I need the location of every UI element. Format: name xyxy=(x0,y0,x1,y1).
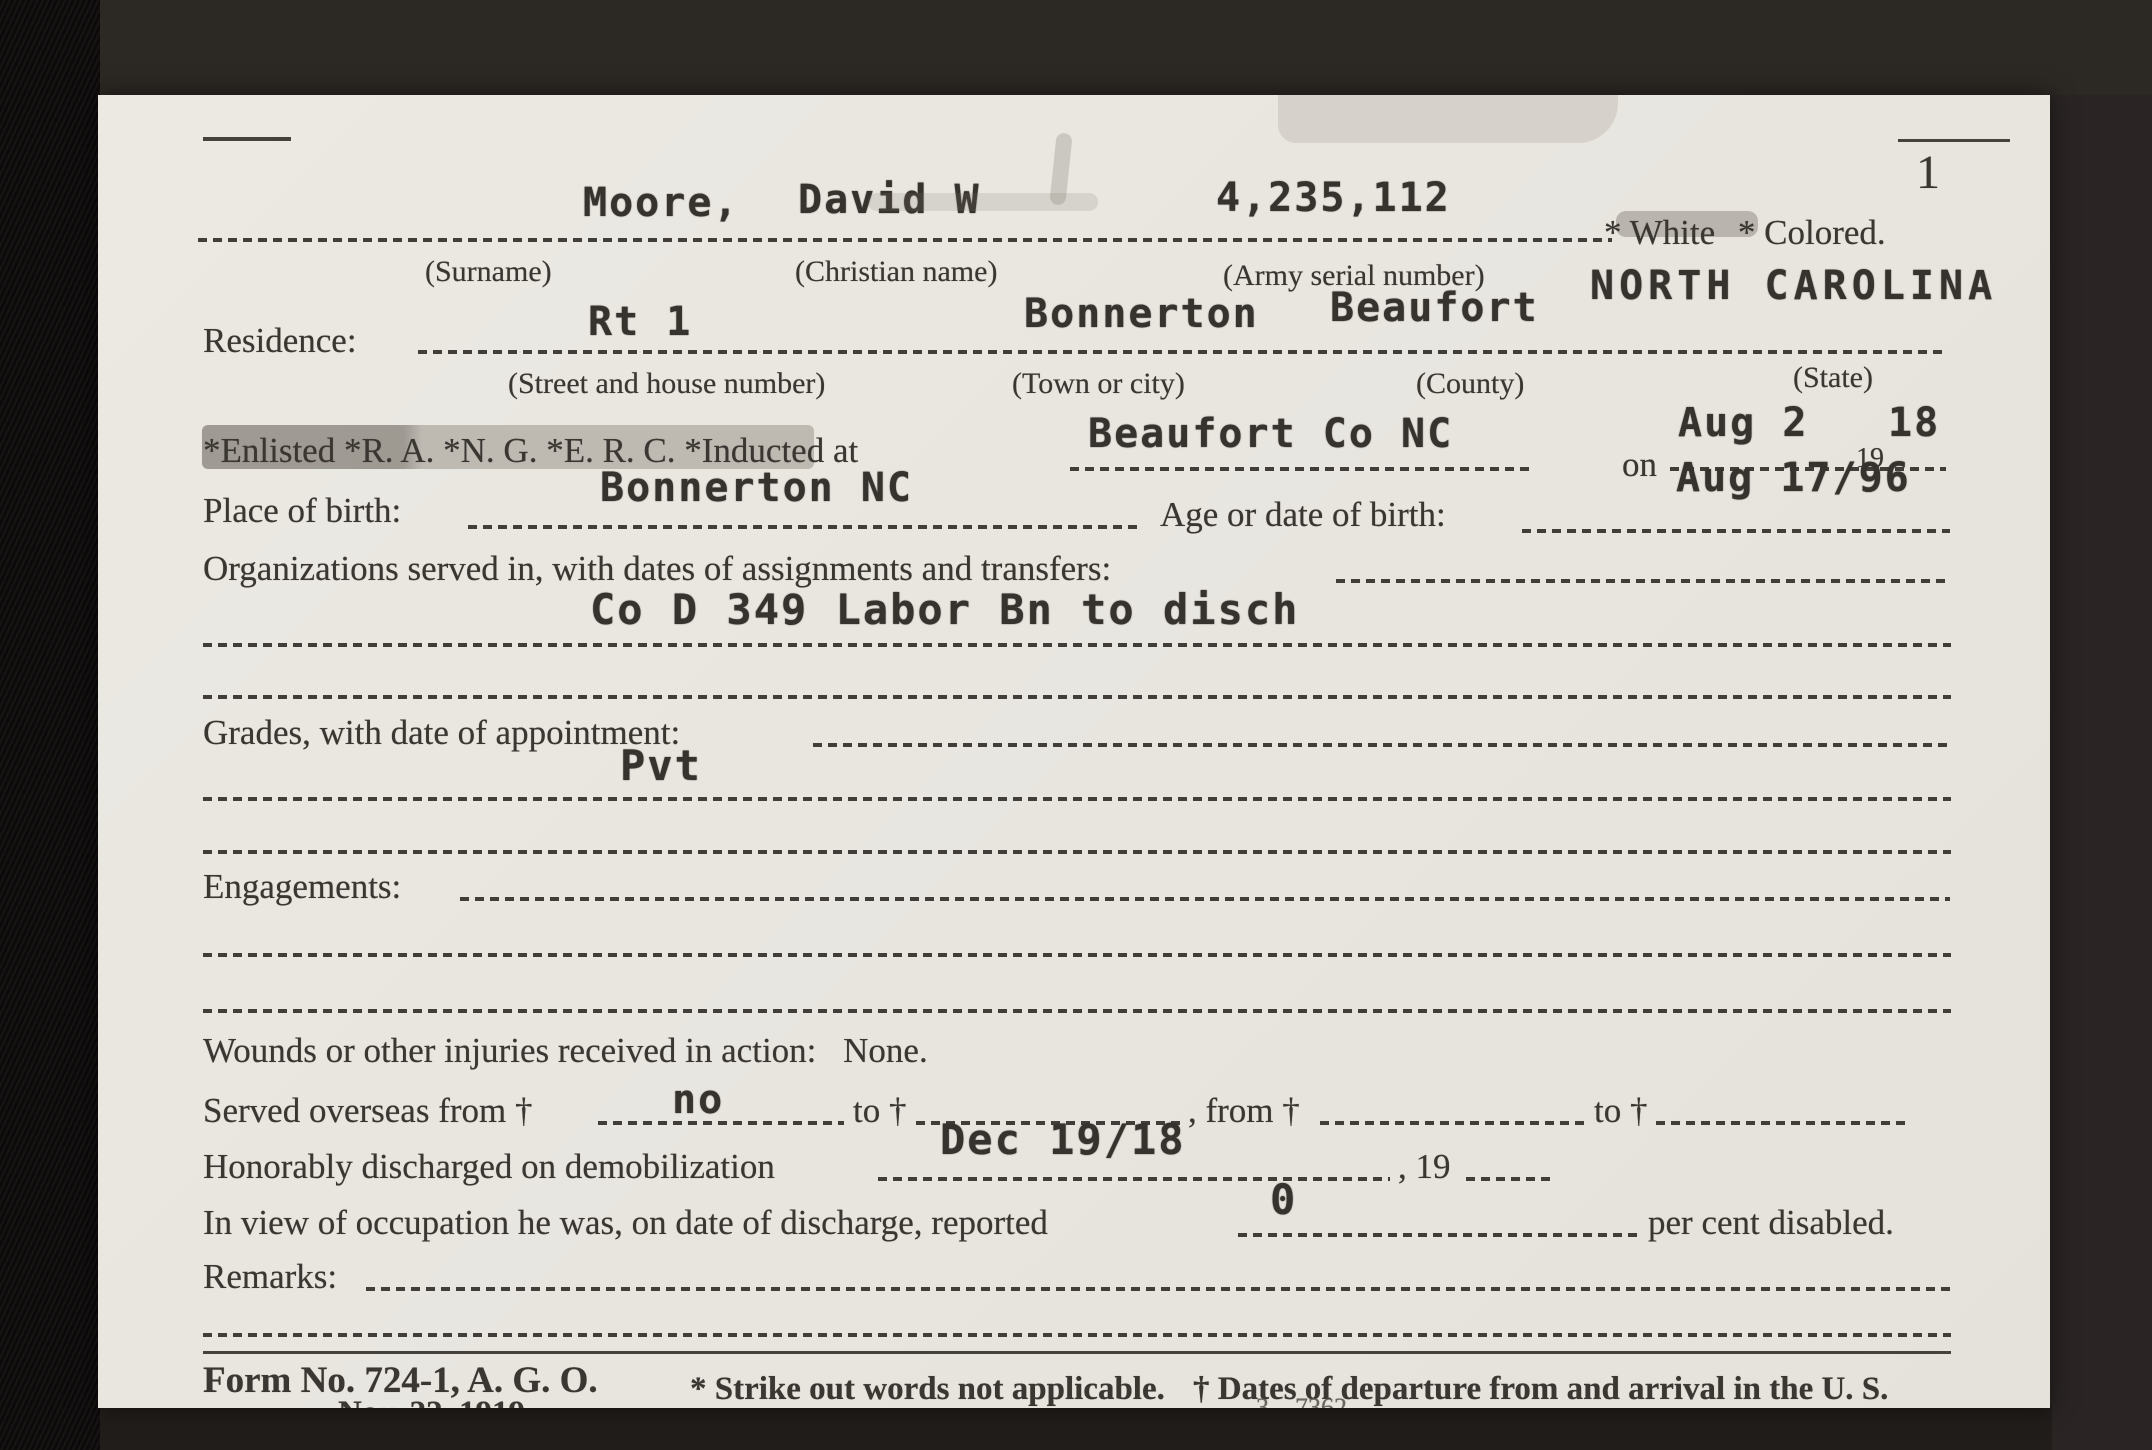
discharge-year-label: , 19 xyxy=(1398,1147,1451,1187)
race-colored-option: * Colored. xyxy=(1738,213,1886,252)
organizations-rule-full-1 xyxy=(203,643,1951,647)
residence-street-value: Rt 1 xyxy=(588,299,692,345)
form-date: Nov. 22, 1919. xyxy=(338,1395,533,1408)
grade-value: Pvt xyxy=(620,741,702,790)
footer-solid-rule xyxy=(203,1351,1951,1354)
disability-value: 0 xyxy=(1270,1175,1297,1224)
wounds-value: None. xyxy=(843,1031,928,1070)
scan-background-right-band xyxy=(2045,95,2152,1450)
scan-background-top-band xyxy=(100,0,2152,100)
overseas-to2-label: to † xyxy=(1594,1091,1647,1131)
inducted-place-value: Beaufort Co NC xyxy=(1088,411,1453,457)
inducted-year-value: 18 xyxy=(1888,400,1940,446)
wounds-label: Wounds or other injuries received in act… xyxy=(203,1031,816,1070)
overseas-rule-4 xyxy=(1656,1121,1908,1125)
organizations-label: Organizations served in, with dates of a… xyxy=(203,549,1111,589)
race-options: * White * Colored. xyxy=(1604,213,1886,253)
grades-rule-right xyxy=(813,743,1951,747)
scan-background-left-strip xyxy=(0,0,100,1450)
engagements-rule-full-1 xyxy=(203,953,1951,957)
top-left-dash-mark xyxy=(203,137,291,141)
remarks-label: Remarks: xyxy=(203,1257,337,1297)
age-or-birth-label: Age or date of birth: xyxy=(1160,495,1446,535)
surname-label: (Surname) xyxy=(425,255,552,289)
discharge-rule xyxy=(878,1177,1390,1181)
place-of-birth-label: Place of birth: xyxy=(203,491,401,531)
county-label: (County) xyxy=(1416,367,1524,401)
name-row-rule xyxy=(198,238,1612,242)
discharge-date-value: Dec 19/18 xyxy=(940,1115,1186,1164)
christian-name-label: (Christian name) xyxy=(795,255,997,289)
overseas-from1-label: Served overseas from † xyxy=(203,1091,532,1131)
organizations-rule-full-2 xyxy=(203,695,1951,699)
disability-label: In view of occupation he was, on date of… xyxy=(203,1203,1048,1243)
strike-out-note: * Strike out words not applicable. xyxy=(690,1371,1165,1408)
residence-rule xyxy=(418,350,1946,354)
town-label: (Town or city) xyxy=(1012,367,1185,401)
engagements-label: Engagements: xyxy=(203,867,401,907)
on-label: on xyxy=(1622,445,1657,485)
grades-rule-full-1 xyxy=(203,797,1951,801)
service-record-card: 1 Moore, David W 4,235,112 * White * Col… xyxy=(98,95,2050,1408)
grades-label: Grades, with date of appointment: xyxy=(203,713,680,753)
birth-date-value: Aug 17/96 xyxy=(1676,455,1911,501)
organizations-value: Co D 349 Labor Bn to disch xyxy=(590,585,1299,634)
engagements-rule-full-2 xyxy=(203,1009,1951,1013)
disability-rule xyxy=(1238,1233,1638,1237)
overseas-to1-label: to † xyxy=(853,1091,906,1131)
age-or-birth-rule xyxy=(1522,529,1950,533)
race-white-option: * White xyxy=(1604,213,1715,252)
wounds-row: Wounds or other injuries received in act… xyxy=(203,1031,928,1071)
page-number-rule xyxy=(1898,139,2010,142)
discharge-year-rule xyxy=(1466,1177,1552,1181)
footer-dotted-rule xyxy=(203,1333,1951,1337)
residence-label: Residence: xyxy=(203,321,357,361)
place-of-birth-rule xyxy=(468,525,1142,529)
place-of-birth-value: Bonnerton NC xyxy=(600,465,913,511)
pencil-smudge-name-line xyxy=(868,193,1098,211)
discharge-label: Honorably discharged on demobilization xyxy=(203,1147,775,1187)
state-label: (State) xyxy=(1793,361,1873,395)
residence-town-value: Bonnerton xyxy=(1024,291,1259,337)
inducted-date-value: Aug 2 xyxy=(1678,400,1808,446)
scan-background-bottom-band xyxy=(100,1405,2052,1450)
disability-suffix: per cent disabled. xyxy=(1648,1203,1894,1243)
organizations-rule-right xyxy=(1336,579,1950,583)
inducted-place-rule xyxy=(1070,467,1532,471)
residence-county-value: Beaufort xyxy=(1330,285,1539,331)
engagements-rule-right xyxy=(460,897,1950,901)
street-label: (Street and house number) xyxy=(508,367,825,401)
page-number: 1 xyxy=(1916,145,1940,200)
state-stamp: NORTH CAROLINA xyxy=(1590,263,1997,309)
surname-value: Moore, xyxy=(583,180,740,226)
army-serial-number-value: 4,235,112 xyxy=(1216,175,1451,221)
top-right-paper-stain xyxy=(1278,95,1618,143)
overseas-rule-3 xyxy=(1320,1121,1588,1125)
grades-rule-full-2 xyxy=(203,850,1951,854)
remarks-rule xyxy=(366,1287,1950,1291)
print-code: 3—7362 xyxy=(1256,1393,1347,1408)
overseas-from2-label: , from † xyxy=(1188,1091,1300,1131)
overseas-from1-value: no xyxy=(672,1077,724,1123)
